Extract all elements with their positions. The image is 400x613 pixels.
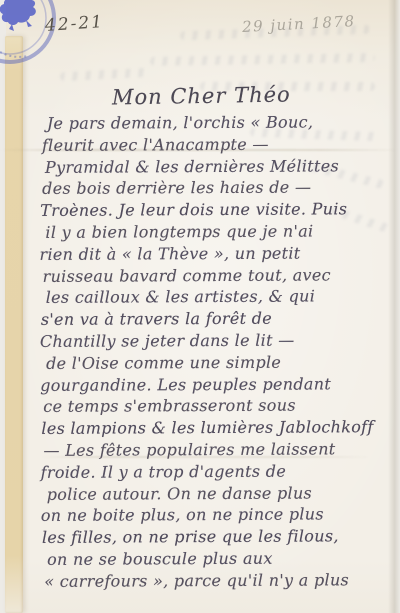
letter-line: Chantilly se jeter dans le lit — <box>40 330 390 354</box>
letter-line: s'en va à travers la forêt de <box>41 308 390 332</box>
griffin-stamp-icon <box>0 0 82 80</box>
letter-line: gourgandine. Les peuples pendant <box>40 374 390 398</box>
letter-scan-page: 42-21 29 juin 1878 Mon Cher Théo Je pars… <box>0 0 400 613</box>
letter-line: Pyramidal & les dernières Mélittes <box>45 156 389 180</box>
letter-line: police autour. On ne danse plus <box>47 483 391 507</box>
griffin-figure <box>0 0 36 31</box>
letter-line: on ne boite plus, on ne pince plus <box>41 504 391 528</box>
letter-line: il y a bien longtemps que je n'ai <box>45 221 389 245</box>
letter-line: ce temps s'embrasseront sous <box>43 395 390 419</box>
letter-line: ruisseau bavard comme tout, avec <box>43 265 390 289</box>
letter-line: les filles, on ne prise que les filous, <box>42 526 391 550</box>
letter-line: — Les fêtes populaires me laissent <box>43 439 390 463</box>
bleed-through-mark <box>150 53 375 66</box>
salutation: Mon Cher Théo <box>112 82 291 109</box>
tape-strip <box>5 36 23 613</box>
letter-line: des bois derrière les haies de — <box>42 177 389 201</box>
letter-body: Je pars demain, l'orchis « Bouc, fleurit… <box>39 112 392 593</box>
letter-line: « carrefours », parce qu'il n'y a plus <box>44 570 391 594</box>
letter-line: on ne se bouscule plus aux <box>47 548 391 572</box>
letter-line: fleurit avec l'Anacampte — <box>42 134 389 158</box>
archive-code: 42-21 <box>44 12 104 36</box>
bleed-through-mark <box>180 25 370 41</box>
letter-line: Je pars demain, l'orchis « Bouc, <box>47 112 389 136</box>
paper-edge <box>388 0 400 613</box>
letter-line: les cailloux & les artistes, & qui <box>46 286 390 310</box>
letter-line: les lampions & les lumières Jablochkoff <box>41 417 390 441</box>
letter-line: froide. Il y a trop d'agents de <box>41 461 391 485</box>
letter-line: Troènes. Je leur dois une visite. Puis <box>40 199 389 223</box>
letter-line: rien dit à « la Thève », un petit <box>39 243 389 267</box>
letter-line: de l'Oise comme une simple <box>46 352 390 376</box>
